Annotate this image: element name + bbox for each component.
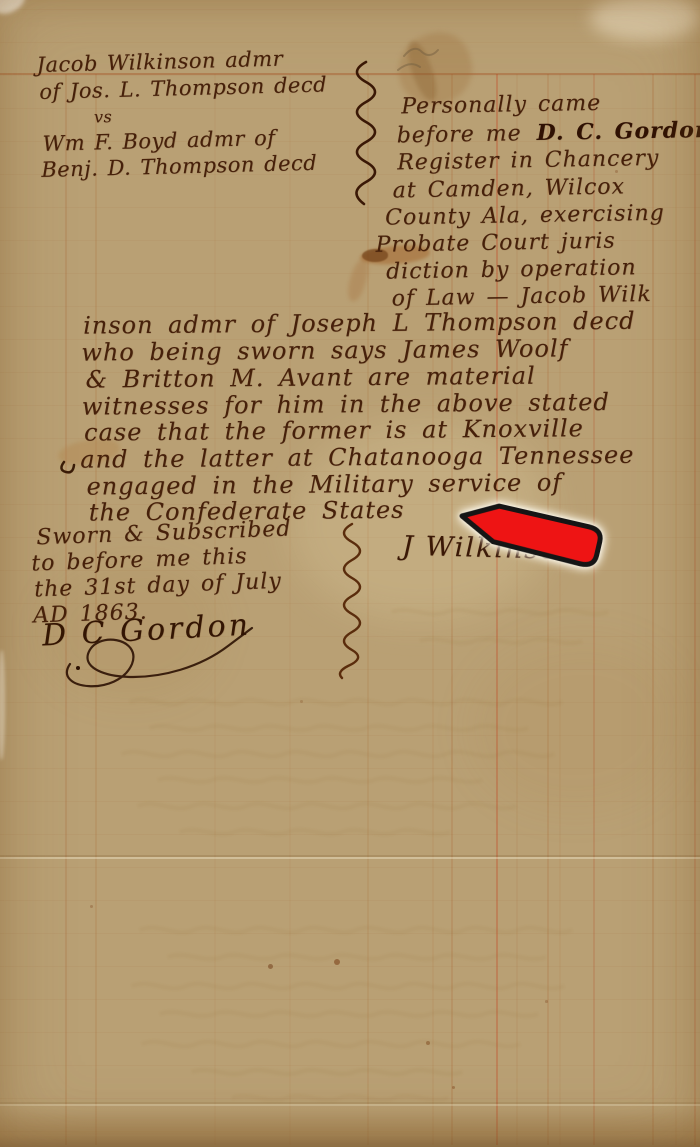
pencil-scribble bbox=[398, 49, 438, 70]
red-arrow-annotation bbox=[442, 494, 652, 604]
ink-mark bbox=[61, 462, 74, 472]
ink-dot bbox=[76, 666, 80, 670]
red-arrow-shape bbox=[458, 498, 603, 567]
document-page: Jacob Wilkinson admr of Jos. L. Thompson… bbox=[0, 0, 700, 1147]
bottom-edge-shadow bbox=[0, 1108, 700, 1147]
signature-flourish bbox=[67, 628, 252, 686]
case-brace-squiggle bbox=[356, 62, 375, 204]
jurat-brace-squiggle bbox=[340, 524, 360, 678]
